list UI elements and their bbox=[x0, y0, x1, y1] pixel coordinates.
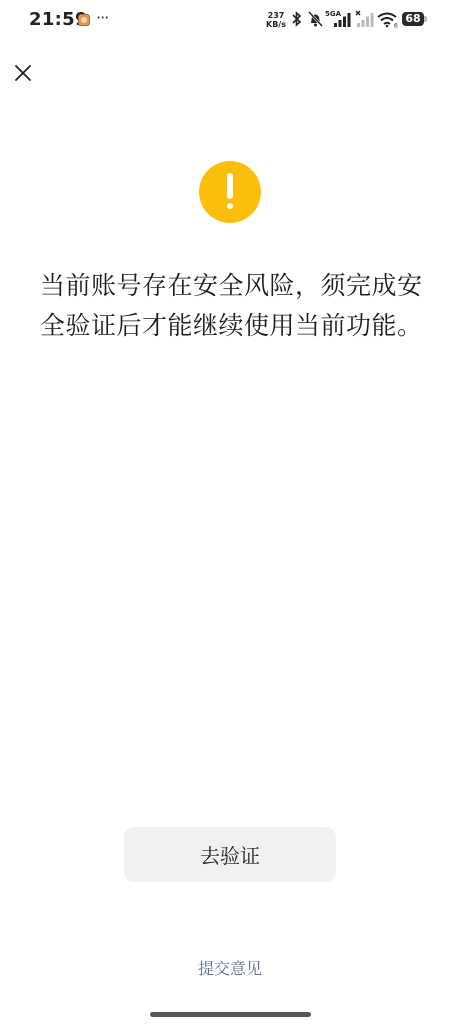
warning-icon-bar bbox=[227, 173, 233, 199]
warning-icon-dot bbox=[227, 203, 233, 209]
app-notification-icon bbox=[78, 14, 90, 26]
svg-text:6: 6 bbox=[394, 23, 398, 29]
mute-icon bbox=[308, 11, 323, 27]
battery-icon: 68 bbox=[402, 12, 424, 26]
close-button[interactable] bbox=[11, 61, 35, 85]
wifi-icon: 6 bbox=[377, 12, 399, 28]
signal-5g-icon bbox=[333, 12, 351, 28]
bluetooth-icon bbox=[290, 11, 304, 27]
status-bar: 21:59 ··· 237 KB/s 5GA 6 68 bbox=[0, 0, 460, 42]
network-speed-unit: KB/s bbox=[266, 20, 286, 29]
warning-icon bbox=[199, 161, 261, 223]
verify-button[interactable]: 去验证 bbox=[124, 827, 336, 882]
submit-feedback-link[interactable]: 提交意见 bbox=[0, 956, 460, 979]
signal-no-service-icon bbox=[355, 10, 375, 28]
security-risk-message: 当前账号存在安全风险，须完成安全验证后才能继续使用当前功能。 bbox=[40, 266, 425, 346]
network-speed: 237 KB/s bbox=[266, 11, 286, 29]
close-icon bbox=[11, 61, 35, 85]
network-speed-value: 237 bbox=[266, 11, 286, 20]
home-indicator[interactable] bbox=[150, 1012, 311, 1017]
battery-cap bbox=[424, 16, 427, 22]
more-notifications-indicator: ··· bbox=[96, 8, 108, 27]
